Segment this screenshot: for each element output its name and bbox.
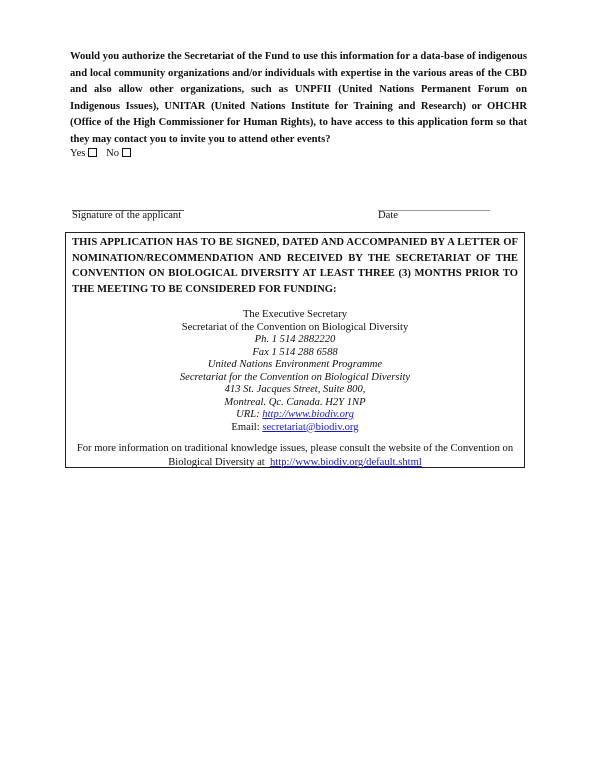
notice-text: THIS APPLICATION HAS TO BE SIGNED, DATED… (72, 235, 518, 297)
address-block: The Executive Secretary Secretariat of t… (66, 309, 524, 434)
no-label: No (106, 148, 119, 159)
no-checkbox[interactable] (122, 148, 131, 157)
more-info-line2: Biological Diversity at (168, 457, 265, 468)
email-link[interactable]: secretariat@biodiv.org (262, 422, 358, 433)
phone: Ph. 1 514 2882220 (66, 334, 524, 347)
date-label: Date (378, 210, 398, 221)
street: 413 St. Jacques Street, Suite 800, (66, 384, 524, 397)
notice-box: THIS APPLICATION HAS TO BE SIGNED, DATED… (65, 232, 525, 468)
address-line1: The Executive Secretary (66, 309, 524, 322)
authorization-question: Would you authorize the Secretariat of t… (70, 49, 527, 149)
city: Montreal. Qc. Canada. H2Y 1NP (66, 397, 524, 410)
yes-no-options: Yes No (70, 148, 134, 159)
more-info-line1: For more information on traditional know… (66, 442, 524, 456)
url-link[interactable]: http://www.biodiv.org (262, 409, 354, 420)
signature-label: Signature of the applicant (72, 210, 181, 221)
more-info: For more information on traditional know… (66, 442, 524, 469)
default-page-link[interactable]: http://www.biodiv.org/default.shtml (270, 457, 422, 468)
email-label: Email: (231, 422, 259, 433)
organization: United Nations Environment Programme (66, 359, 524, 372)
address-line2: Secretariat of the Convention on Biologi… (66, 322, 524, 335)
fax: Fax 1 514 288 6588 (66, 347, 524, 360)
url-label: URL: (236, 409, 260, 420)
yes-checkbox[interactable] (88, 148, 97, 157)
yes-label: Yes (70, 148, 85, 159)
secretariat-name: Secretariat for the Convention on Biolog… (66, 372, 524, 385)
